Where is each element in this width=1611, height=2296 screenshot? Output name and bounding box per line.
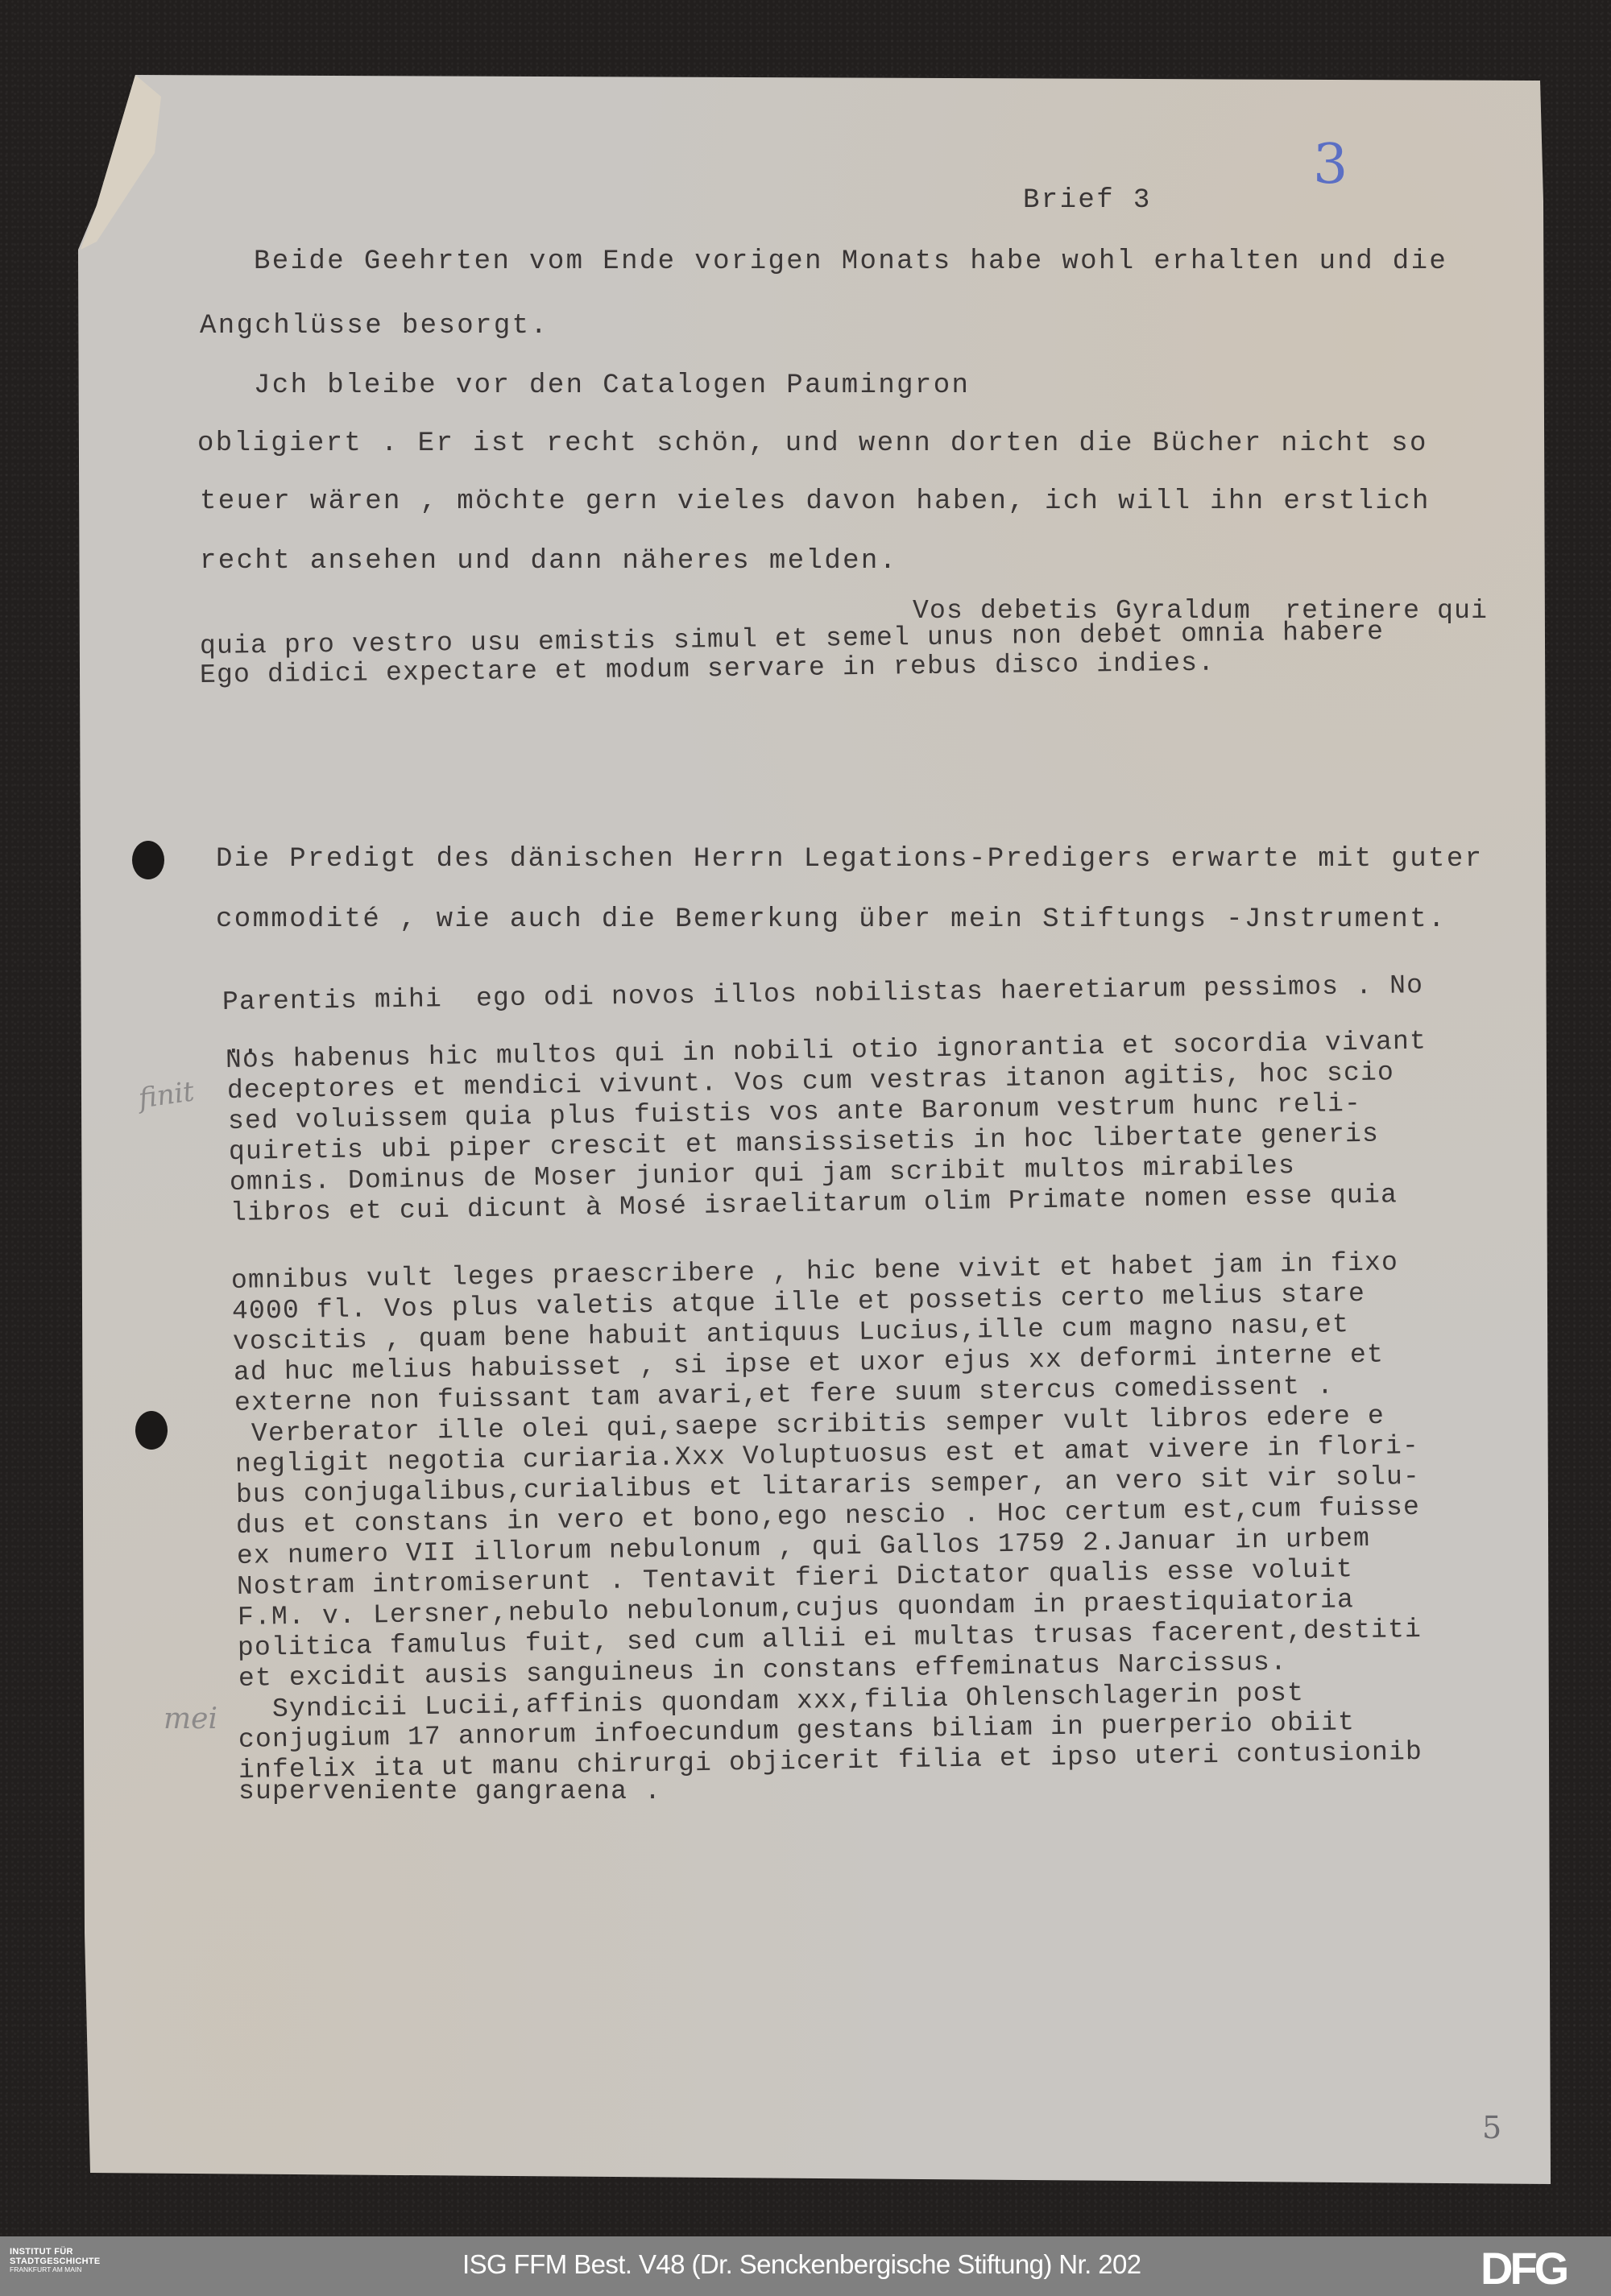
text-line: Angchlüsse besorgt. [200,312,549,340]
text-line: recht ansehen und dann näheres melden. [200,548,898,575]
text-line: Jch bleibe vor den Catalogen Paumingron [254,372,970,399]
institute-logo: INSTITUT FÜR STADTGESCHICHTE FRANKFURT A… [10,2248,100,2273]
punch-hole [135,1411,168,1450]
institute-line: FRANKFURT AM MAIN [10,2266,100,2273]
letter-heading: Brief 3 [1023,187,1152,214]
margin-note: mei [164,1702,217,1735]
pencil-page-number: 3 [1313,133,1348,197]
pencil-folio-number: 5 [1482,2110,1501,2145]
text-line: Die Predigt des dänischen Herrn Legation… [216,846,1483,873]
archive-footer: INSTITUT FÜR STADTGESCHICHTE FRANKFURT A… [0,2236,1611,2296]
institute-line: INSTITUT FÜR [10,2248,100,2257]
text-line: Beide Geehrten vom Ende vorigen Monats h… [254,248,1447,275]
punch-hole [132,841,164,879]
text-line: commodité , wie auch die Bemerkung über … [216,906,1447,933]
text-line: teuer wären , möchte gern vieles davon h… [200,488,1431,515]
text-line: obligiert . Er ist recht schön, und wenn… [197,430,1428,457]
archive-caption: ISG FFM Best. V48 (Dr. Senckenbergische … [462,2249,1141,2280]
text-line: superveniente gangraena . [238,1778,661,1805]
dfg-logo: DFG [1481,2246,1566,2291]
